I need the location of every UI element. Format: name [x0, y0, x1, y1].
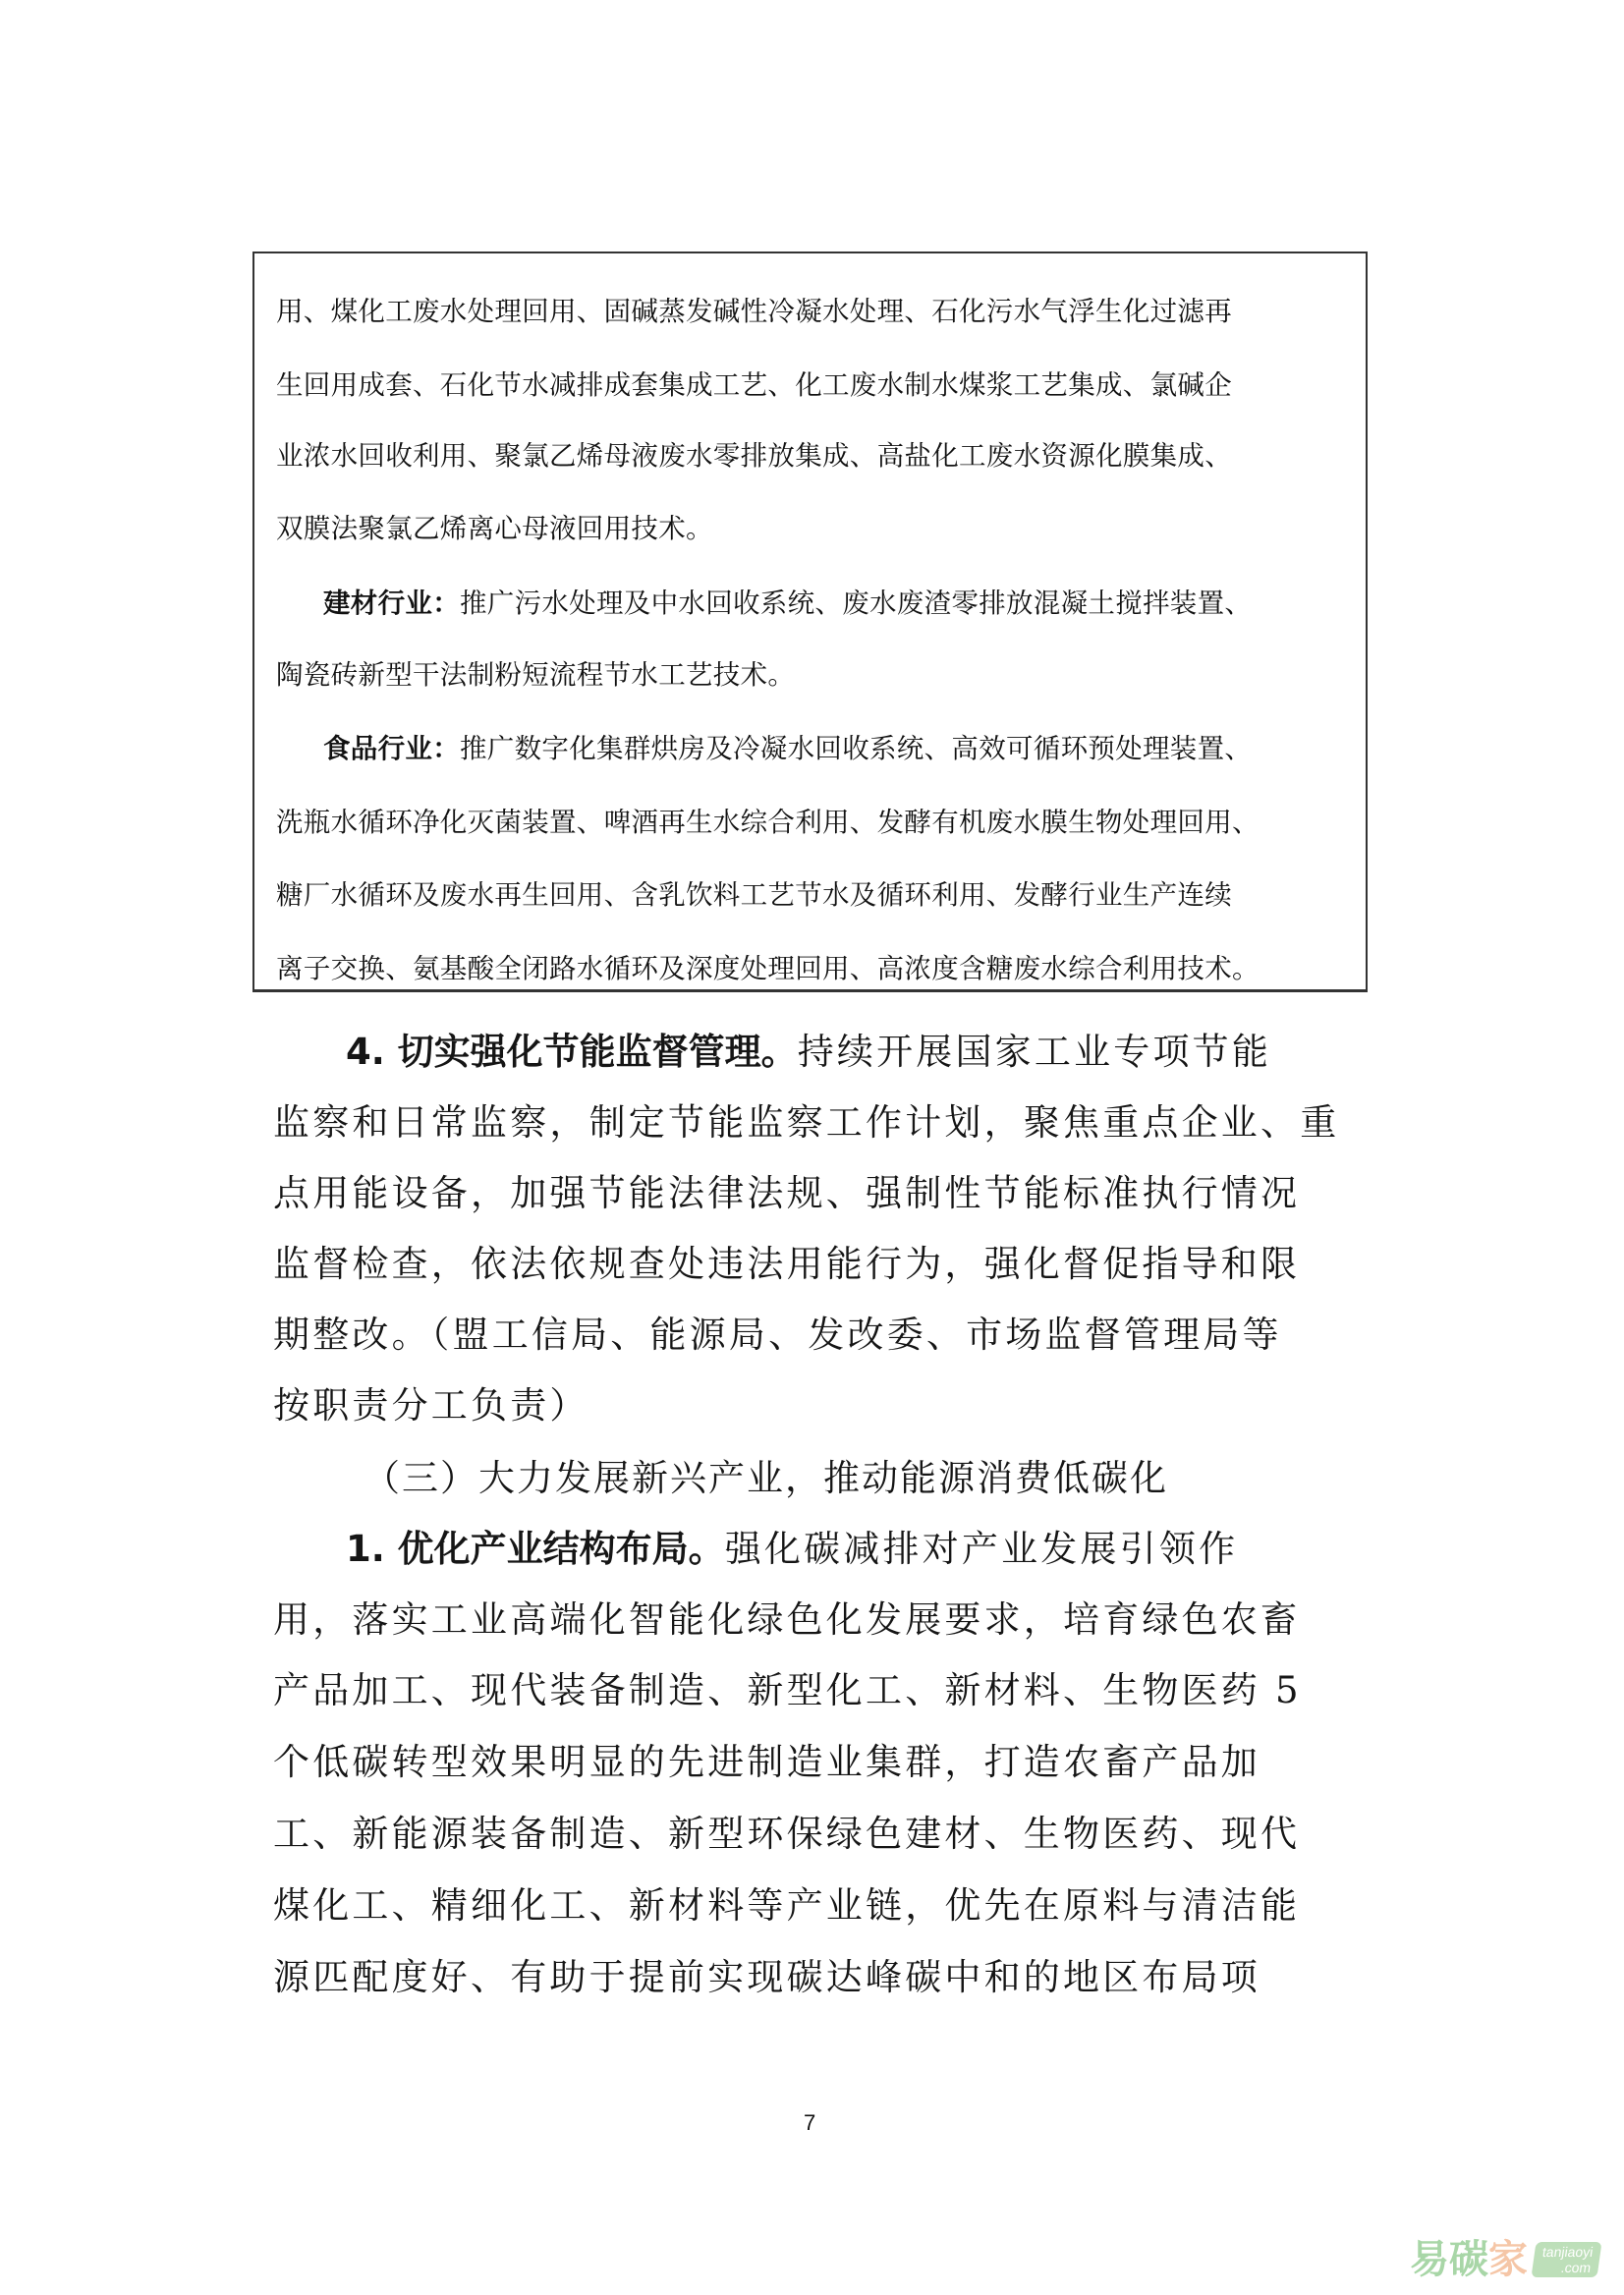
- food-industry-paragraph: 食品行业：推广数字化集群烘房及冷凝水回收系统、高效可循环预处理装置、: [323, 726, 1252, 765]
- section4-line-2: 监察和日常监察，制定节能监察工作计划，聚焦重点企业、重: [273, 1092, 1339, 1146]
- food-line-3: 糖厂水循环及废水再生回用、含乳饮料工艺节水及循环利用、发酵行业生产连续: [276, 872, 1232, 912]
- item1-line-7: 源匹配度好、有助于提前实现碳达峰碳中和的地区布局项: [273, 1947, 1260, 2000]
- section4-line-6: 按职责分工负责）: [273, 1375, 589, 1428]
- watermark-char-3: 家: [1488, 2240, 1528, 2279]
- technology-list-box: 用、煤化工废水处理回用、固碱蒸发碱性冷凝水处理、石化污水气浮生化过滤再 生回用成…: [252, 252, 1368, 992]
- watermark-char-1: 易: [1410, 2240, 1449, 2279]
- building-materials-line-2: 陶瓷砖新型干法制粉短流程节水工艺技术。: [276, 652, 795, 692]
- section-heading-3: （三）大力发展新兴产业，推动能源消费低碳化: [364, 1448, 1168, 1501]
- watermark-char-2: 碳: [1449, 2240, 1488, 2279]
- box-line-3: 业浓水回收利用、聚氯乙烯母液废水零排放集成、高盐化工废水资源化膜集成、: [276, 433, 1232, 473]
- food-line-2: 洗瓶水循环净化灭菌装置、啤酒再生水综合利用、发酵有机废水膜生物处理回用、: [276, 800, 1260, 839]
- food-line-4: 离子交换、氨基酸全闭路水循环及深度处理回用、高浓度含糖废水综合利用技术。: [276, 946, 1260, 985]
- item1-line-5: 工、新能源装备制造、新型环保绿色建材、生物医药、现代: [273, 1804, 1300, 1857]
- section4-title: 4. 切实强化节能监督管理。: [346, 1031, 798, 1073]
- food-industry-label: 食品行业：: [323, 733, 460, 764]
- item1-line-3: 产品加工、现代装备制造、新型化工、新材料、生物医药 5: [273, 1660, 1302, 1713]
- page-number: 7: [804, 2110, 815, 2136]
- section4-line-5: 期整改。（盟工信局、能源局、发改委、市场监督管理局等: [273, 1305, 1282, 1358]
- section4-line-4: 监督检查，依法依规查处违法用能行为，强化督促指导和限: [273, 1234, 1300, 1287]
- box-line-1: 用、煤化工废水处理回用、固碱蒸发碱性冷凝水处理、石化污水气浮生化过滤再: [276, 289, 1232, 328]
- watermark-domain-badge: tanjiaoyi .com: [1531, 2242, 1601, 2277]
- section4-line-1: 4. 切实强化节能监督管理。持续开展国家工业专项节能: [346, 1022, 1271, 1075]
- item1-line-6: 煤化工、精细化工、新材料等产业链，优先在原料与清洁能: [273, 1875, 1300, 1929]
- item1-line-2: 用，落实工业高端化智能化绿色化发展要求，培育绿色农畜: [273, 1590, 1300, 1643]
- watermark-logo: 易 碳 家 tanjiaoyi .com: [1410, 2240, 1599, 2279]
- box-line-4: 双膜法聚氯乙烯离心母液回用技术。: [276, 506, 713, 545]
- building-materials-label: 建材行业：: [323, 588, 460, 619]
- item1-line-4: 个低碳转型效果明显的先进制造业集群，打造农畜产品加: [273, 1732, 1260, 1785]
- section4-line-3: 点用能设备，加强节能法律法规、强制性节能标准执行情况: [273, 1163, 1300, 1216]
- item1-title: 1. 优化产业结构布局。: [346, 1528, 725, 1570]
- building-materials-paragraph: 建材行业：推广污水处理及中水回收系统、废水废渣零排放混凝土搅拌装置、: [323, 581, 1252, 620]
- item1-line-1: 1. 优化产业结构布局。强化碳减排对产业发展引领作: [346, 1519, 1238, 1572]
- box-line-2: 生回用成套、石化节水减排成套集成工艺、化工废水制水煤浆工艺集成、氯碱企: [276, 363, 1232, 402]
